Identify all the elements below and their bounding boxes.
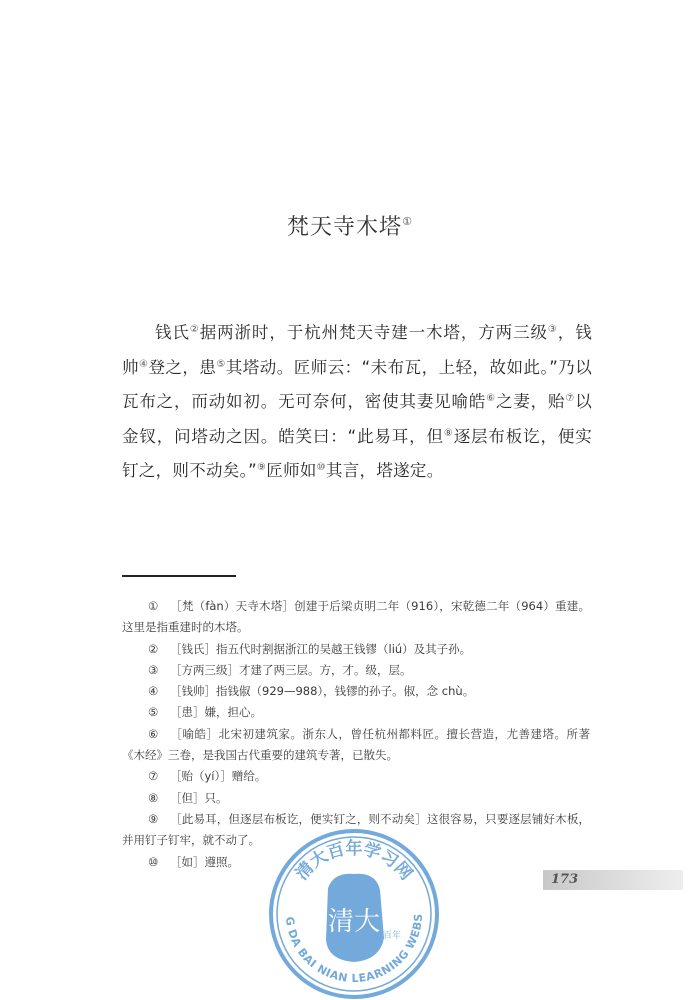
text-segment: 登之，患	[148, 358, 216, 377]
footnote-8: ⑧［但］只。	[122, 788, 590, 809]
page-number-bar: 173	[543, 870, 683, 890]
page-number: 173	[551, 872, 578, 887]
footnote-text: ［贻（yí）］赠给。	[170, 769, 266, 783]
footnote-6: ⑥［喻皓］北宋初建筑家。浙东人，曾任杭州都料匠。擅长营造，尤善建塔。所著《木经》…	[122, 724, 590, 767]
note-ref: ⑩	[317, 462, 326, 473]
note-ref: ②	[190, 324, 200, 335]
footnote-text: ［但］只。	[170, 791, 228, 805]
watermark-stamp-icon: 清大百年学习网 QING DA BAI NIAN LEARNING WEBSIT…	[268, 828, 440, 1000]
footnote-number: ⑦	[148, 766, 170, 787]
text-segment: 钱氏	[155, 323, 190, 342]
footnote-5: ⑤［患］嫌，担心。	[122, 702, 590, 723]
footnote-3: ③［方两三级］才建了两三层。方，才。级，层。	[122, 660, 590, 681]
title-note-ref: ①	[402, 215, 413, 228]
svg-text:百年: 百年	[383, 929, 401, 941]
note-ref: ⑧	[444, 428, 454, 439]
footnote-number: ④	[148, 681, 170, 702]
footnote-text: ［喻皓］北宋初建筑家。浙东人，曾任杭州都料匠。擅长营造，尤善建塔。所著《木经》三…	[122, 727, 590, 762]
text-segment: 其言，塔遂定。	[326, 461, 444, 480]
footnote-number: ⑩	[148, 852, 170, 873]
footnote-text: ［梵（fàn）天寺木塔］创建于后梁贞明二年（916），宋乾德二年（964）重建。…	[122, 599, 590, 634]
main-text: 钱氏②据两浙时，于杭州梵天寺建一木塔，方两三级③，钱帅④登之，患⑤其塔动。匠师云…	[122, 314, 592, 487]
page-title: 梵天寺木塔①	[0, 210, 700, 241]
title-text: 梵天寺木塔	[287, 215, 402, 240]
footnote-number: ③	[148, 660, 170, 681]
footnote-number: ⑨	[148, 809, 170, 830]
footnote-text: ［方两三级］才建了两三层。方，才。级，层。	[170, 663, 412, 677]
note-ref: ⑤	[216, 359, 225, 370]
footnote-number: ①	[148, 596, 170, 617]
text-segment: 之妻，贻	[496, 392, 565, 411]
footnote-text: ［如］遵照。	[170, 855, 239, 869]
note-ref: ⑨	[257, 462, 266, 473]
footnote-1: ①［梵（fàn）天寺木塔］创建于后梁贞明二年（916），宋乾德二年（964）重建…	[122, 596, 590, 639]
footnote-text: ［钱氏］指五代时割据浙江的吴越王钱镠（liú）及其子孙。	[170, 642, 471, 656]
footnote-7: ⑦［贻（yí）］赠给。	[122, 766, 590, 787]
footnote-4: ④［钱帅］指钱俶（929—988），钱镠的孙子。俶，念 chù。	[122, 681, 590, 702]
main-paragraph: 钱氏②据两浙时，于杭州梵天寺建一木塔，方两三级③，钱帅④登之，患⑤其塔动。匠师云…	[122, 314, 592, 487]
footnote-number: ⑤	[148, 702, 170, 723]
footnote-number: ②	[148, 639, 170, 660]
footnote-2: ②［钱氏］指五代时割据浙江的吴越王钱镠（liú）及其子孙。	[122, 639, 590, 660]
footnote-number: ⑧	[148, 788, 170, 809]
footnote-number: ⑥	[148, 724, 170, 745]
note-ref: ③	[548, 324, 558, 335]
note-ref: ⑥	[486, 393, 496, 404]
text-segment: 据两浙时，于杭州梵天寺建一木塔，方两三级	[200, 323, 548, 342]
footnote-divider	[122, 575, 236, 577]
svg-text:清大: 清大	[328, 907, 380, 937]
footnote-text: ［患］嫌，担心。	[170, 705, 262, 719]
text-segment: 匠师如	[266, 461, 316, 480]
note-ref: ⑦	[565, 393, 575, 404]
footnote-text: ［钱帅］指钱俶（929—988），钱镠的孙子。俶，念 chù。	[170, 684, 474, 698]
